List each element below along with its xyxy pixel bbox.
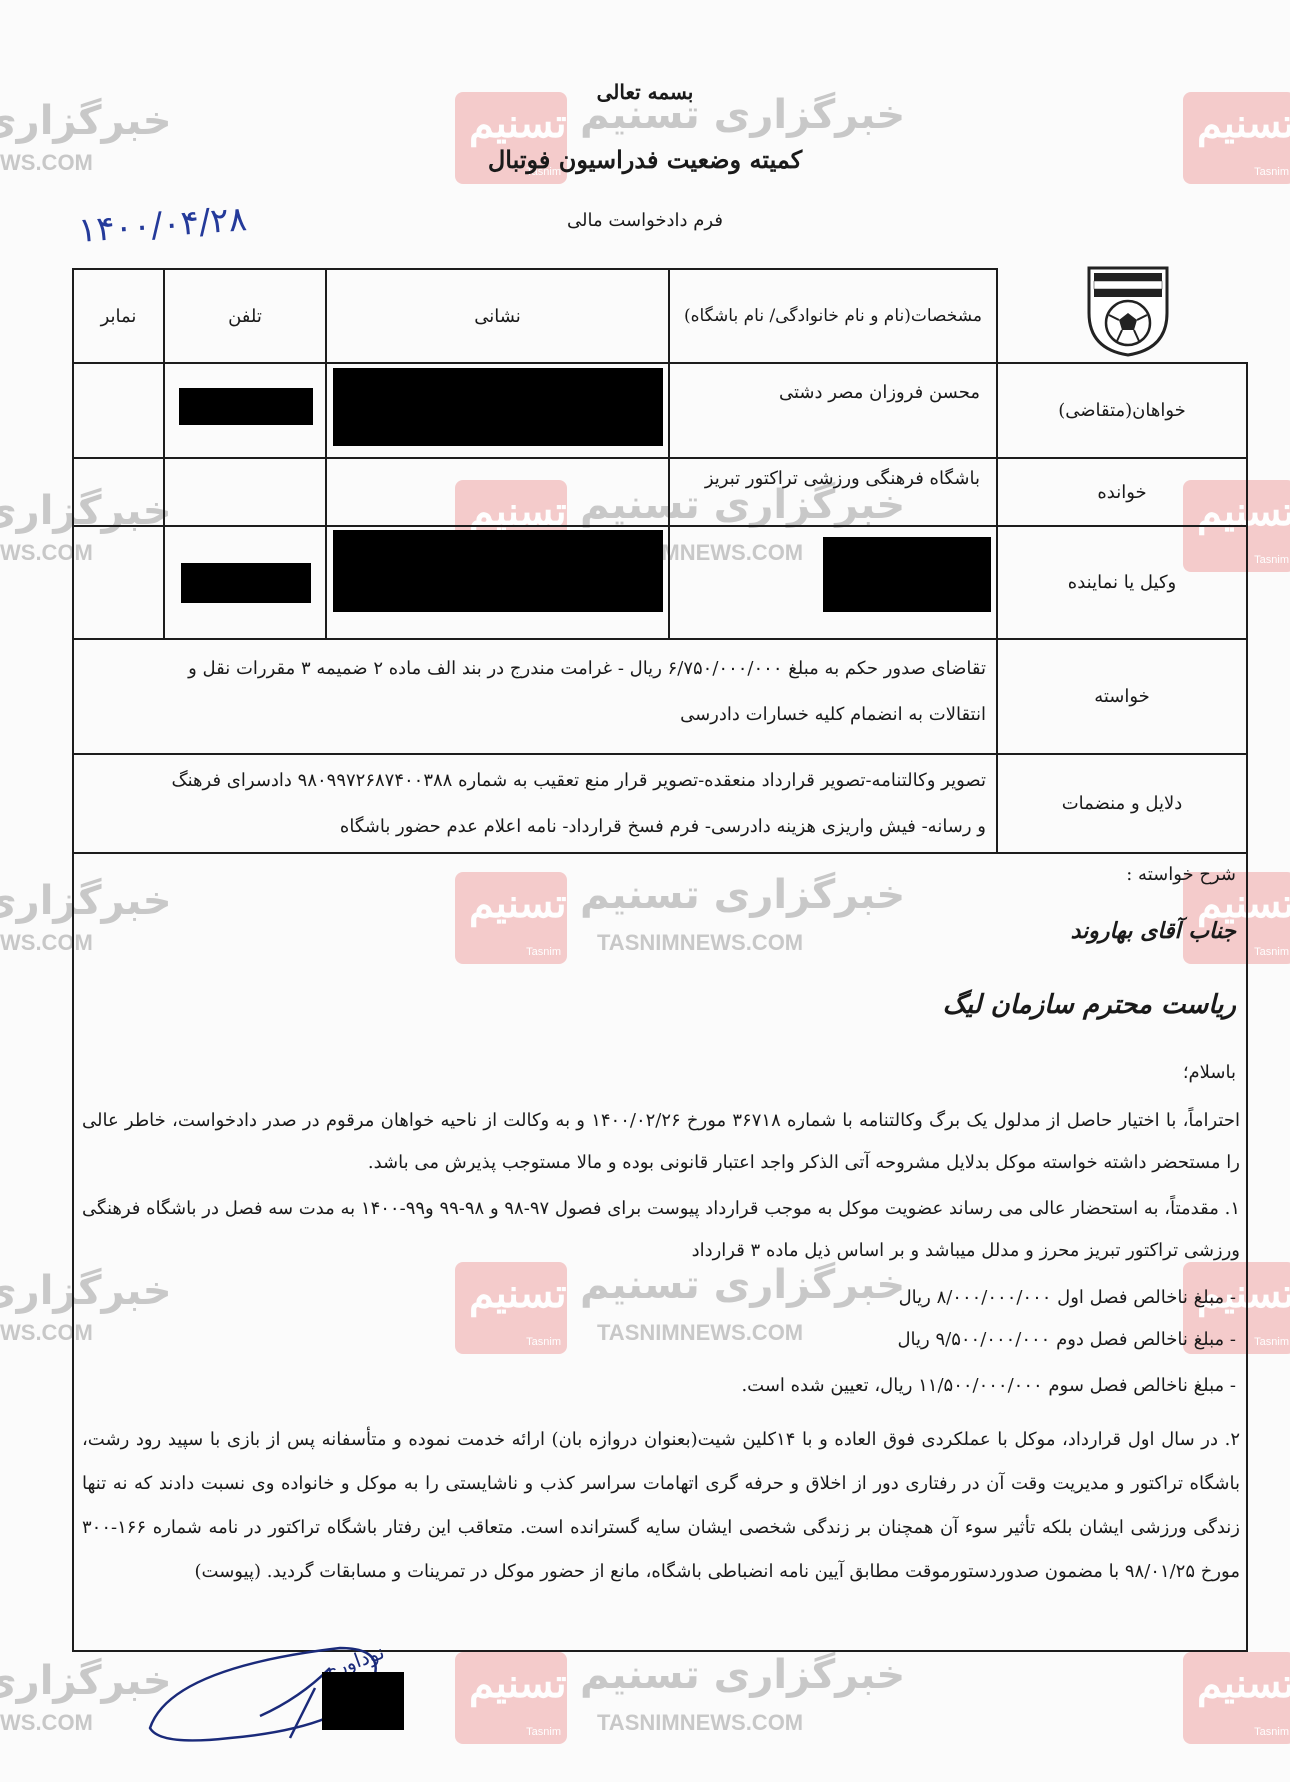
redacted-attorney-name [823, 537, 991, 612]
committee-title: کمیته وضعیت فدراسیون فوتبال [0, 145, 1290, 174]
request-line-2: انتقالات به انضمام کلیه خسارات دادرسی [82, 692, 986, 738]
request-line-1: تقاضای صدور حکم به مبلغ ۶/۷۵۰/۰۰۰/۰۰۰ ری… [82, 646, 986, 692]
row-label-plaintiff: خواهان(متقاضی) [998, 364, 1246, 457]
watermark-url: WS.COM [0, 1320, 93, 1346]
paragraph-3: ۲. در سال اول قرارداد، موکل با عملکردی ف… [82, 1418, 1240, 1594]
handwritten-date: ۱۴۰۰/۰۴/۲۸ [77, 199, 248, 251]
section-label: شرح خواسته : [82, 852, 1236, 898]
amount-line-3: - مبلغ ناخالص فصل سوم ۱۱/۵۰۰/۰۰۰/۰۰۰ ریا… [82, 1366, 1236, 1406]
plaintiff-name: محسن فروزان مصر دشتی [670, 370, 980, 416]
row-label-defendant: خوانده [998, 459, 1246, 525]
evidence-line-1: تصویر وکالتنامه-تصویر قرارداد منعقده-تصو… [82, 758, 986, 804]
row-label-evidence: دلایل و منضمات [998, 755, 1246, 852]
watermark-text: خبرگزاری تسنیم [580, 1652, 905, 1698]
defendant-name: باشگاه فرهنگی ورزشی تراکتور تبریز [670, 456, 980, 502]
evidence-line-2: و رسانه- فیش واریزی هزینه دادرسی- فرم فس… [82, 804, 986, 850]
watermark-text: خبرگزاری [0, 98, 172, 144]
greeting: باسلام؛ [82, 1050, 1236, 1096]
addressee-2: ریاست محترم سازمان لیگ [82, 982, 1236, 1028]
header-phone: تلفن [165, 270, 325, 362]
redacted-plaintiff-phone [179, 388, 313, 425]
tasnim-logo-watermark: تسنیمTasnim [455, 1652, 567, 1744]
row-label-request: خواسته [998, 640, 1246, 753]
header-fax: نمابر [74, 270, 163, 362]
tasnim-logo-watermark: تسنیمTasnim [1183, 1652, 1290, 1744]
amount-line-1: - مبلغ ناخالص فصل اول ۸/۰۰۰/۰۰۰/۰۰۰ ریال [82, 1278, 1236, 1318]
letter-body-continued: ۲. در سال اول قرارداد، موکل با عملکردی ف… [82, 1418, 1240, 1594]
redacted-attorney-address [333, 530, 663, 612]
addressee-1: جناب آقای بهاروند [82, 908, 1236, 954]
row-label-attorney: وکیل یا نماینده [998, 527, 1246, 638]
header-details: مشخصات(نام و نام خانوادگی/ نام باشگاه) [670, 270, 996, 362]
redacted-attorney-phone [181, 563, 311, 603]
watermark-text: خبرگزاری [0, 488, 172, 534]
redacted-signature-stamp [322, 1672, 404, 1730]
paragraph-1: احتراماً، با اختیار حاصل از مدلول یک برگ… [82, 1100, 1240, 1184]
invocation-heading: بسمه تعالی [0, 80, 1290, 104]
watermark-url: TASNIMNEWS.COM [597, 1710, 803, 1736]
header-address: نشانی [327, 270, 668, 362]
watermark-url: WS.COM [0, 1710, 93, 1736]
redacted-plaintiff-address [333, 368, 663, 446]
paragraph-2: ۱. مقدمتاً، به استحضار عالی می رساند عضو… [82, 1188, 1240, 1272]
watermark-url: WS.COM [0, 930, 93, 956]
amount-line-2: - مبلغ ناخالص فصل دوم ۹/۵۰۰/۰۰۰/۰۰۰ ریال [82, 1320, 1236, 1360]
football-federation-emblem-icon [1085, 265, 1171, 357]
letter-body: احتراماً، با اختیار حاصل از مدلول یک برگ… [82, 1100, 1240, 1272]
watermark-url: WS.COM [0, 540, 93, 566]
